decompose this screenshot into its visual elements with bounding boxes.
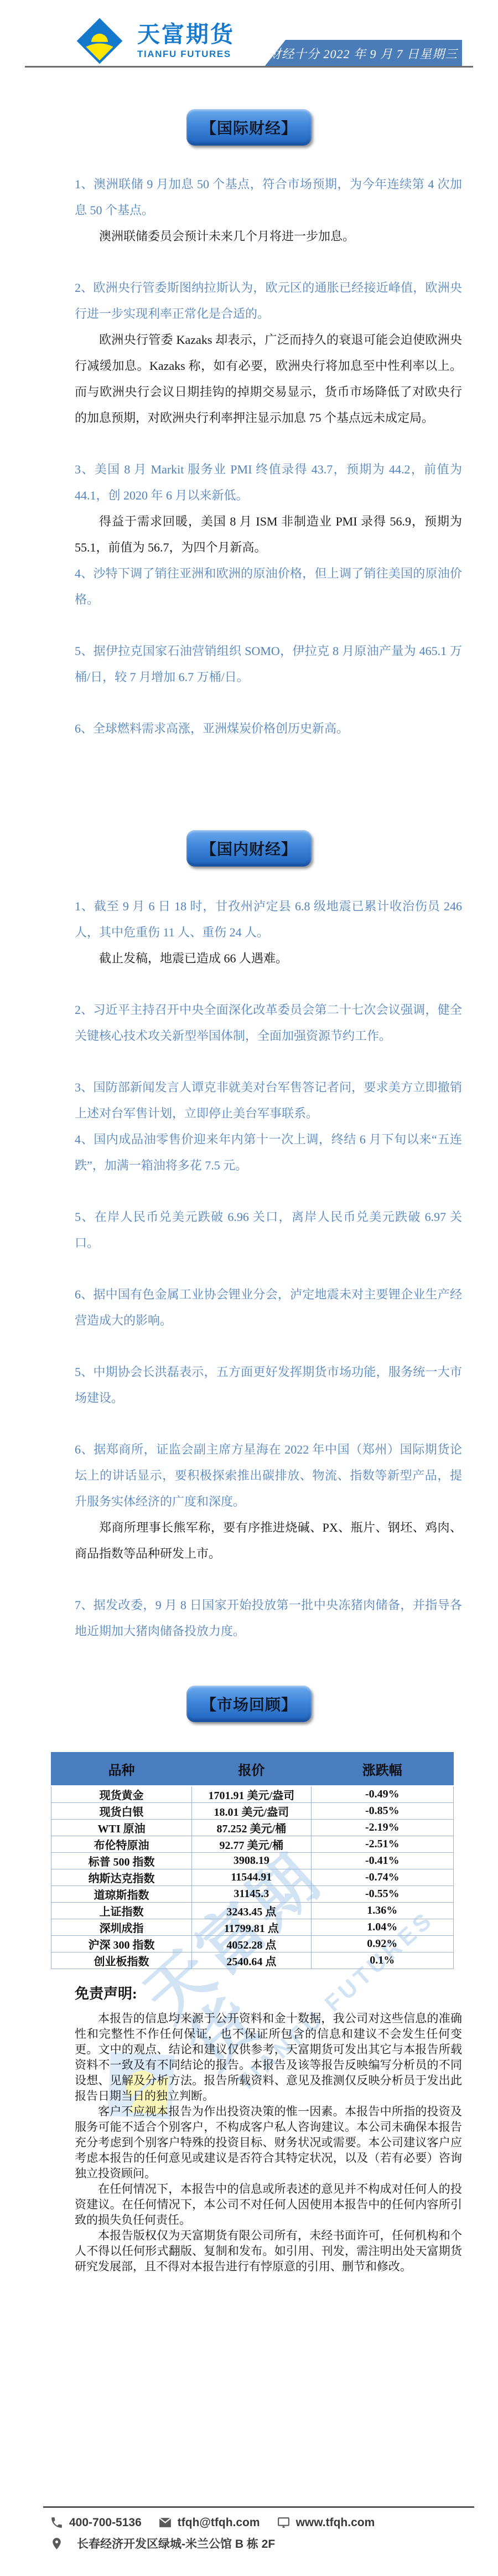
- news-paragraph: 4、国内成品油零售价迎来年内第十一次上调，终结 6 月下旬以来“五连跌”，加满一…: [75, 1126, 462, 1178]
- email-group: tfqh@tfqh.com: [158, 2516, 260, 2529]
- news-paragraph: 6、据中国有色金属工业协会锂业分会，泸定地震未对主要锂企业生产经营造成大的影响。: [75, 1281, 462, 1333]
- footer-email[interactable]: tfqh@tfqh.com: [178, 2516, 260, 2529]
- news-paragraph: 得益于需求回暖，美国 8 月 ISM 非制造业 PMI 录得 56.9，预期为 …: [75, 508, 462, 560]
- product-cell: 上证指数: [51, 1903, 192, 1919]
- column-header-product: 品种: [51, 1753, 192, 1786]
- news-paragraph: 欧洲央行管委 Kazaks 却表示，广泛而持久的衰退可能会迫使欧洲央行减缓加息。…: [75, 327, 462, 431]
- market-review-table: 品种 报价 涨跌幅 现货黄金 1701.91 美元/盎司 -0.49% 现货白银…: [51, 1752, 454, 1969]
- news-paragraph: 郑商所理事长熊军称，要有序推进烧碱、PX、瓶片、钢坯、鸡肉、商品指数等品种研发上…: [75, 1514, 462, 1567]
- report-page: { "header": { "logo_cn": "天富期货", "logo_e…: [0, 0, 498, 2576]
- product-cell: 深圳成指: [51, 1919, 192, 1936]
- product-cell: 现货白银: [51, 1803, 192, 1820]
- quote-cell: 3243.45 点: [192, 1903, 311, 1919]
- table-row: 道琼斯指数 31145.3 -0.55%: [51, 1886, 454, 1903]
- quote-cell: 1701.91 美元/盎司: [192, 1786, 311, 1803]
- news-paragraph: 5、在岸人民币兑美元跌破 6.96 关口，离岸人民币兑美元跌破 6.97 关口。: [75, 1204, 462, 1256]
- quote-cell: 4052.28 点: [192, 1936, 311, 1952]
- disclaimer-paragraph: 本报告的信息均来源于公开资料和金十数据，我公司对这些信息的准确性和完整性不作任何…: [75, 2011, 462, 2104]
- footer-address: 长春经济开发区绿城-米兰公馆 B 栋 2F: [77, 2535, 275, 2552]
- section-title-international: 【国际财经】: [186, 109, 312, 146]
- column-header-change: 涨跌幅: [311, 1753, 453, 1786]
- news-block: 2、习近平主持召开中央全面深化改革委员会第二十七次会议强调，健全关键核心技术攻关…: [75, 997, 462, 1049]
- news-block: 1、澳洲联储 9 月加息 50 个基点，符合市场预期，为今年连续第 4 次加息 …: [75, 171, 462, 249]
- news-paragraph: 澳洲联储委员会预计未来几个月将进一步加息。: [75, 223, 462, 249]
- news-block: 6、据中国有色金属工业协会锂业分会，泸定地震未对主要锂企业生产经营造成大的影响。: [75, 1281, 462, 1333]
- logo-english-name: TIANFU FUTURES: [137, 49, 235, 60]
- logo-wordmark: 天富期货 TIANFU FUTURES: [137, 22, 235, 60]
- change-cell: -0.49%: [311, 1786, 453, 1803]
- international-news-body: 1、澳洲联储 9 月加息 50 个基点，符合市场预期，为今年连续第 4 次加息 …: [75, 171, 462, 767]
- disclaimer-paragraph: 本报告版权仅为天富期货有限公司所有，未经书面许可，任何机构和个人不得以任何形式翻…: [75, 2228, 462, 2274]
- issue-date-banner: 财经十分 2022 年 9 月 7 日星期三: [264, 40, 462, 66]
- news-paragraph: 2、欧洲央行管委斯图纳拉斯认为，欧元区的通胀已经接近峰值，欧洲央行进一步实现利率…: [75, 275, 462, 327]
- news-paragraph: 5、据伊拉克国家石油营销组织 SOMO，伊拉克 8 月原油产量为 465.1 万…: [75, 638, 462, 690]
- news-block: 3、美国 8 月 Markit 服务业 PMI 终值录得 43.7，预期为 44…: [75, 456, 462, 612]
- quote-cell: 11799.81 点: [192, 1919, 311, 1936]
- news-block: 6、全球燃料需求高涨，亚洲煤炭价格创历史新高。: [75, 715, 462, 741]
- news-paragraph: 3、国防部新闻发言人谭克非就美对台军售答记者问，要求美方立即撤销上述对台军售计划…: [75, 1074, 462, 1126]
- table-row: 现货黄金 1701.91 美元/盎司 -0.49%: [51, 1786, 454, 1803]
- phone-group: 400-700-5136: [50, 2516, 142, 2529]
- change-cell: -0.41%: [311, 1853, 453, 1869]
- news-block: 2、欧洲央行管委斯图纳拉斯认为，欧元区的通胀已经接近峰值，欧洲央行进一步实现利率…: [75, 275, 462, 431]
- change-cell: -2.51%: [311, 1836, 453, 1853]
- quote-cell: 87.252 美元/桶: [192, 1820, 311, 1836]
- news-block: 5、据伊拉克国家石油营销组织 SOMO，伊拉克 8 月原油产量为 465.1 万…: [75, 638, 462, 690]
- product-cell: WTI 原油: [51, 1820, 192, 1836]
- change-cell: -0.85%: [311, 1803, 453, 1820]
- quote-cell: 11544.91: [192, 1869, 311, 1886]
- footer-website[interactable]: www.tfqh.com: [296, 2516, 375, 2529]
- news-paragraph: 2、习近平主持召开中央全面深化改革委员会第二十七次会议强调，健全关键核心技术攻关…: [75, 997, 462, 1049]
- footer-contact-row: 400-700-5136 tfqh@tfqh.com www.tfqh.com: [50, 2516, 385, 2529]
- section-title-domestic: 【国内财经】: [186, 830, 312, 867]
- change-cell: -0.74%: [311, 1869, 453, 1886]
- table-row: 现货白银 18.01 美元/盎司 -0.85%: [51, 1803, 454, 1820]
- quote-cell: 18.01 美元/盎司: [192, 1803, 311, 1820]
- footer-phone: 400-700-5136: [69, 2516, 142, 2529]
- disclaimer-section: 免责声明: 本报告的信息均来源于公开资料和金十数据，我公司对这些信息的准确性和完…: [75, 1985, 462, 2274]
- product-cell: 沪深 300 指数: [51, 1936, 192, 1952]
- product-cell: 现货黄金: [51, 1786, 192, 1803]
- news-paragraph: 7、据发改委，9 月 8 日国家开始投放第一批中央冻猪肉储备，并指导各地近期加大…: [75, 1592, 462, 1644]
- product-cell: 标普 500 指数: [51, 1853, 192, 1869]
- change-cell: 1.04%: [311, 1919, 453, 1936]
- issue-date-text: 财经十分 2022 年 9 月 7 日星期三: [269, 45, 458, 62]
- table-row: WTI 原油 87.252 美元/桶 -2.19%: [51, 1820, 454, 1836]
- product-cell: 纳斯达克指数: [51, 1869, 192, 1886]
- section-title-market-review: 【市场回顾】: [186, 1686, 312, 1722]
- domestic-news-body: 1、截至 9 月 6 日 18 时，甘孜州泸定县 6.8 级地震已累计收治伤员 …: [75, 893, 462, 1670]
- logo-chinese-name: 天富期货: [137, 22, 235, 47]
- news-paragraph: 截止发稿，地震已造成 66 人遇难。: [75, 945, 462, 971]
- column-header-quote: 报价: [192, 1753, 311, 1786]
- news-paragraph: 1、截至 9 月 6 日 18 时，甘孜州泸定县 6.8 级地震已累计收治伤员 …: [75, 893, 462, 945]
- location-pin-icon: [50, 2537, 64, 2551]
- news-block: 1、截至 9 月 6 日 18 时，甘孜州泸定县 6.8 级地震已累计收治伤员 …: [75, 893, 462, 971]
- website-group: www.tfqh.com: [277, 2516, 375, 2529]
- table-row: 创业板指数 2540.64 点 0.1%: [51, 1952, 454, 1969]
- news-block: 3、国防部新闻发言人谭克非就美对台军售答记者问，要求美方立即撤销上述对台军售计划…: [75, 1074, 462, 1178]
- quote-cell: 2540.64 点: [192, 1952, 311, 1969]
- news-paragraph: 6、据郑商所，证监会副主席方星海在 2022 年中国（郑州）国际期货论坛上的讲话…: [75, 1436, 462, 1514]
- monitor-icon: [277, 2516, 290, 2529]
- quote-cell: 92.77 美元/桶: [192, 1836, 311, 1853]
- table-row: 沪深 300 指数 4052.28 点 0.92%: [51, 1936, 454, 1952]
- product-cell: 布伦特原油: [51, 1836, 192, 1853]
- product-cell: 道琼斯指数: [51, 1886, 192, 1903]
- change-cell: 0.92%: [311, 1936, 453, 1952]
- table-row: 标普 500 指数 3908.19 -0.41%: [51, 1853, 454, 1869]
- news-paragraph: 1、澳洲联储 9 月加息 50 个基点，符合市场预期，为今年连续第 4 次加息 …: [75, 171, 462, 223]
- disclaimer-paragraph: 在任何情况下，本报告中的信息或所表述的意见并不构成对任何人的投资建议。在任何情况…: [75, 2181, 462, 2228]
- footer-divider: [43, 2506, 474, 2508]
- quote-cell: 31145.3: [192, 1886, 311, 1903]
- news-paragraph: 4、沙特下调了销往亚洲和欧洲的原油价格，但上调了销往美国的原油价格。: [75, 560, 462, 612]
- disclaimer-title: 免责声明:: [75, 1985, 462, 2003]
- footer-address-row: 长春经济开发区绿城-米兰公馆 B 栋 2F: [50, 2535, 275, 2552]
- change-cell: 1.36%: [311, 1903, 453, 1919]
- product-cell: 创业板指数: [51, 1952, 192, 1969]
- news-block: 7、据发改委，9 月 8 日国家开始投放第一批中央冻猪肉储备，并指导各地近期加大…: [75, 1592, 462, 1644]
- header-divider: [25, 66, 473, 68]
- phone-icon: [50, 2516, 64, 2529]
- news-paragraph: 6、全球燃料需求高涨，亚洲煤炭价格创历史新高。: [75, 715, 462, 741]
- news-block: 5、在岸人民币兑美元跌破 6.96 关口，离岸人民币兑美元跌破 6.97 关口。: [75, 1204, 462, 1256]
- change-cell: -0.55%: [311, 1886, 453, 1903]
- envelope-icon: [158, 2516, 172, 2529]
- table-header-row: 品种 报价 涨跌幅: [51, 1753, 454, 1786]
- news-paragraph: 5、中期协会长洪磊表示，五方面更好发挥期货市场功能，服务统一大市场建设。: [75, 1359, 462, 1411]
- table-row: 布伦特原油 92.77 美元/桶 -2.51%: [51, 1836, 454, 1853]
- table-row: 纳斯达克指数 11544.91 -0.74%: [51, 1869, 454, 1886]
- table-row: 上证指数 3243.45 点 1.36%: [51, 1903, 454, 1919]
- change-cell: 0.1%: [311, 1952, 453, 1969]
- news-paragraph: 3、美国 8 月 Markit 服务业 PMI 终值录得 43.7，预期为 44…: [75, 456, 462, 508]
- disclaimer-paragraph: 客户不应视本报告为作出投资决策的惟一因素。本报告中所指的投资及服务可能不适合个别…: [75, 2104, 462, 2181]
- table-row: 深圳成指 11799.81 点 1.04%: [51, 1919, 454, 1936]
- quote-cell: 3908.19: [192, 1853, 311, 1869]
- news-block: 6、据郑商所，证监会副主席方星海在 2022 年中国（郑州）国际期货论坛上的讲话…: [75, 1436, 462, 1567]
- change-cell: -2.19%: [311, 1820, 453, 1836]
- tianfu-logo-icon: [75, 17, 124, 65]
- news-block: 5、中期协会长洪磊表示，五方面更好发挥期货市场功能，服务统一大市场建设。: [75, 1359, 462, 1411]
